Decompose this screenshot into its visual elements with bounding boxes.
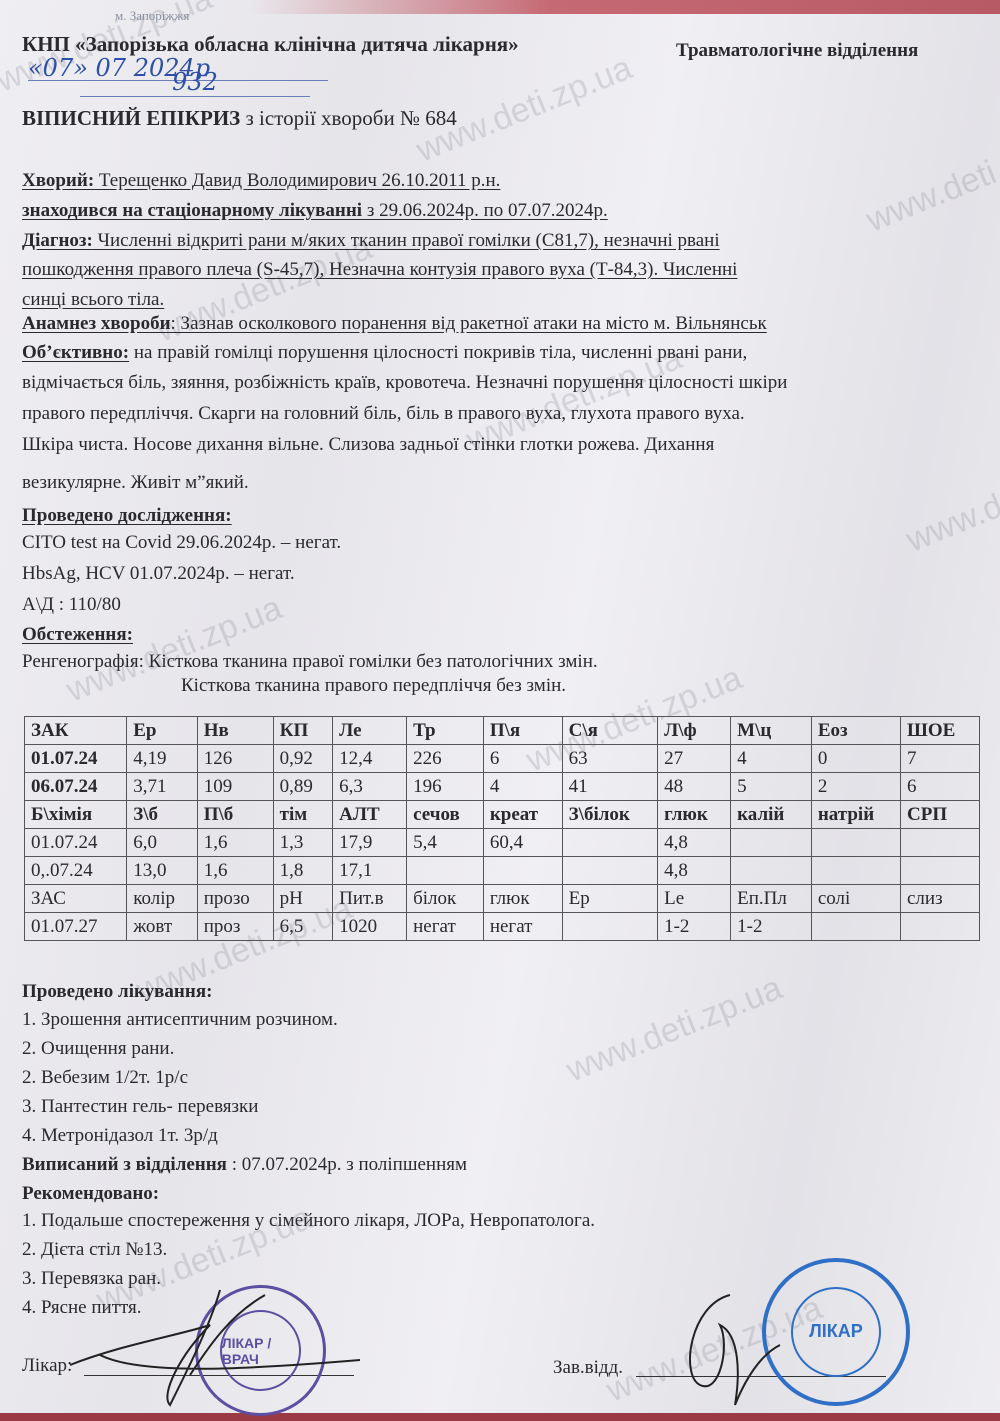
discharge-label: Виписаний з відділення	[22, 1154, 227, 1175]
table-cell: 4,8	[658, 857, 731, 885]
table-cell: Еп.Пл	[731, 885, 812, 913]
table-cell: Нв	[197, 717, 273, 745]
objective-line-3: правого передпліччя. Скарги на головний …	[22, 403, 745, 425]
diagnosis-line-3: синці всього тіла.	[22, 289, 164, 311]
treatment-item: 4. Метронідазол 1т. 3р/д	[22, 1125, 218, 1147]
table-cell: Ер	[127, 717, 197, 745]
table-row: ЗАСколірпрозоpHПит.вбілокглюкЕрLeЕп.Плсо…	[25, 885, 980, 913]
table-cell: СРП	[901, 801, 980, 829]
table-cell: Ер	[562, 885, 657, 913]
table-cell: жовт	[127, 913, 197, 941]
table-cell: тім	[273, 801, 332, 829]
stay-label: знаходився на стаціонарному лікуванні	[22, 200, 362, 221]
table-cell: 6	[901, 773, 980, 801]
table-cell: 17,1	[333, 857, 407, 885]
table-cell: Ле	[333, 717, 407, 745]
research-line-2: HbsAg, HCV 01.07.2024р. – негат.	[22, 563, 295, 585]
discharge-line: Виписаний з відділення : 07.07.2024р. з …	[22, 1154, 467, 1176]
objective-line-2: відмічається біль, зяяння, розбіжність к…	[22, 372, 787, 394]
table-cell: креат	[483, 801, 562, 829]
recommendations-heading: Рекомендовано:	[22, 1183, 159, 1205]
table-cell: негат	[483, 913, 562, 941]
table-cell: 48	[658, 773, 731, 801]
head-stamp-center: ЛІКАР	[791, 1287, 882, 1378]
table-cell: pH	[273, 885, 332, 913]
table-cell: З\б	[127, 801, 197, 829]
table-cell: 6,0	[127, 829, 197, 857]
table-cell: 1,8	[273, 857, 332, 885]
table-row: ЗАКЕрНвКПЛеТрП\яС\яЛ\фМ\цЕозШОЕ	[25, 717, 980, 745]
table-cell: 226	[407, 745, 484, 773]
table-row: 01.07.246,01,61,317,95,460,44,8	[25, 829, 980, 857]
objective-line-4: Шкіра чиста. Носове дихання вільне. Слиз…	[22, 434, 714, 456]
patient-label: Хворий:	[22, 170, 94, 191]
row-label-cell: 0,.07.24	[25, 857, 127, 885]
examination-heading: Обстеження:	[22, 624, 133, 646]
row-label-cell: ЗАК	[25, 717, 127, 745]
table-cell: натрій	[811, 801, 900, 829]
table-cell: 196	[407, 773, 484, 801]
table-cell	[731, 857, 812, 885]
table-cell: 109	[197, 773, 273, 801]
background-edge	[250, 0, 1000, 14]
table-cell	[811, 857, 900, 885]
table-cell: 126	[197, 745, 273, 773]
table-cell: глюк	[658, 801, 731, 829]
table-cell: П\б	[197, 801, 273, 829]
table-cell: калій	[731, 801, 812, 829]
lab-results-table: ЗАКЕрНвКПЛеТрП\яС\яЛ\фМ\цЕозШОЕ01.07.244…	[24, 716, 980, 941]
head-signature	[660, 1285, 800, 1421]
research-line-1: CITO test на Covid 29.06.2024р. – негат.	[22, 532, 341, 554]
table-cell: 17,9	[333, 829, 407, 857]
table-cell: 7	[901, 745, 980, 773]
row-label-cell: ЗАС	[25, 885, 127, 913]
handwritten-number: 932	[80, 68, 310, 96]
table-cell: колір	[127, 885, 197, 913]
head-label: Зав.відд.	[553, 1357, 623, 1379]
table-cell: 1-2	[658, 913, 731, 941]
table-cell: 1020	[333, 913, 407, 941]
document-title: ВІПИСНИЙ ЕПІКРИЗ з історії хвороби № 684	[22, 106, 457, 131]
stay-line: знаходився на стаціонарному лікуванні з …	[22, 200, 608, 222]
table-cell: 12,4	[333, 745, 407, 773]
recommendation-item: 2. Дієта стіл №13.	[22, 1239, 167, 1261]
table-cell: 1,6	[197, 829, 273, 857]
table-row: 01.07.244,191260,9212,422666327407	[25, 745, 980, 773]
doctor-signature	[60, 1285, 390, 1415]
recommendation-item: 1. Подальше спостереження у сімейного лі…	[22, 1210, 595, 1232]
table-cell: П\я	[483, 717, 562, 745]
row-label-cell: 01.07.24	[25, 745, 127, 773]
table-cell	[811, 829, 900, 857]
table-row: Б\хіміяЗ\бП\бтімАЛТсечовкреатЗ\білокглюк…	[25, 801, 980, 829]
table-cell	[901, 857, 980, 885]
table-cell	[811, 913, 900, 941]
table-cell: 60,4	[483, 829, 562, 857]
table-cell	[901, 913, 980, 941]
treatment-item: 3. Пантестин гель- перевязки	[22, 1096, 258, 1118]
treatment-item: 1. Зрошення антисептичним розчином.	[22, 1009, 338, 1031]
research-line-3: А\Д : 110/80	[22, 594, 121, 616]
table-cell: 1,3	[273, 829, 332, 857]
row-label-cell: 01.07.27	[25, 913, 127, 941]
table-cell: С\я	[562, 717, 657, 745]
table-cell: З\білок	[562, 801, 657, 829]
table-cell	[562, 913, 657, 941]
table-cell: ШОЕ	[901, 717, 980, 745]
examination-line-2: Кісткова тканина правого передпліччя без…	[181, 675, 566, 697]
row-label-cell: 06.07.24	[25, 773, 127, 801]
table-cell: негат	[407, 913, 484, 941]
table-cell: 0,92	[273, 745, 332, 773]
table-cell: КП	[273, 717, 332, 745]
table-cell: 2	[811, 773, 900, 801]
research-heading: Проведено дослідження:	[22, 505, 232, 527]
table-cell: Пит.в	[333, 885, 407, 913]
anamnesis-line: Анамнез хвороби: Зазнав осколкового пора…	[22, 313, 767, 335]
table-cell: прозо	[197, 885, 273, 913]
table-cell	[901, 829, 980, 857]
objective-line-1: Об’єктивно: на правій гомілці порушення …	[22, 342, 747, 364]
table-cell: Еоз	[811, 717, 900, 745]
title-bold: ВІПИСНИЙ ЕПІКРИЗ	[22, 106, 240, 130]
table-cell: 1-2	[731, 913, 812, 941]
treatment-heading: Проведено лікування:	[22, 981, 212, 1003]
table-cell: солі	[811, 885, 900, 913]
table-cell: 4,19	[127, 745, 197, 773]
table-cell: 1,6	[197, 857, 273, 885]
stay-value: з 29.06.2024р. по 07.07.2024р.	[362, 200, 608, 221]
row-label-cell: 01.07.24	[25, 829, 127, 857]
table-cell: 5,4	[407, 829, 484, 857]
table-cell: 5	[731, 773, 812, 801]
table-cell: сечов	[407, 801, 484, 829]
table-cell	[483, 857, 562, 885]
treatment-item: 2. Очищення рани.	[22, 1038, 174, 1060]
anamnesis-label: Анамнез хвороби	[22, 313, 171, 334]
table-cell: Тр	[407, 717, 484, 745]
table-cell: 41	[562, 773, 657, 801]
table-cell: білок	[407, 885, 484, 913]
table-cell	[407, 857, 484, 885]
title-rest: з історії хвороби № 684	[240, 106, 457, 130]
table-cell: 0,89	[273, 773, 332, 801]
table-cell: 4,8	[658, 829, 731, 857]
treatment-item: 2. Вебезим 1/2т. 1р/с	[22, 1067, 188, 1089]
table-cell: 13,0	[127, 857, 197, 885]
table-cell: 4	[483, 773, 562, 801]
diagnosis-line-2: пошкодження правого плеча (S-45,7), Незн…	[22, 259, 737, 281]
table-cell	[562, 857, 657, 885]
table-cell	[731, 829, 812, 857]
diagnosis-line-1: Діагноз: Численні відкриті рани м/яких т…	[22, 230, 720, 252]
objective-label: Об’єктивно:	[22, 342, 129, 363]
table-cell: 27	[658, 745, 731, 773]
table-cell: М\ц	[731, 717, 812, 745]
table-cell: 63	[562, 745, 657, 773]
table-cell: 6	[483, 745, 562, 773]
table-cell: Л\ф	[658, 717, 731, 745]
department-name: Травматологічне відділення	[676, 40, 918, 62]
table-row: 06.07.243,711090,896,319644148526	[25, 773, 980, 801]
table-cell	[562, 829, 657, 857]
number-underline	[80, 96, 310, 97]
table-cell: проз	[197, 913, 273, 941]
table-cell: 6,5	[273, 913, 332, 941]
table-row: 01.07.27жовтпроз6,51020негатнегат1-21-2	[25, 913, 980, 941]
row-label-cell: Б\хімія	[25, 801, 127, 829]
examination-line-1: Ренгенографія: Кісткова тканина правої г…	[22, 651, 598, 673]
table-cell: Le	[658, 885, 731, 913]
patient-line: Хворий: Терещенко Давид Володимирович 26…	[22, 170, 500, 192]
table-row: 0,.07.2413,01,61,817,14,8	[25, 857, 980, 885]
table-cell: 3,71	[127, 773, 197, 801]
diagnosis-label: Діагноз:	[22, 230, 93, 251]
table-cell: 4	[731, 745, 812, 773]
table-cell: 6,3	[333, 773, 407, 801]
table-cell: глюк	[483, 885, 562, 913]
table-cell: АЛТ	[333, 801, 407, 829]
objective-line-5: везикулярне. Живіт м”який.	[22, 472, 249, 494]
patient-value: Терещенко Давид Володимирович 26.10.2011…	[94, 170, 500, 191]
table-cell: 0	[811, 745, 900, 773]
table-cell: слиз	[901, 885, 980, 913]
city-stamp: м. Запоріжжя	[115, 8, 189, 24]
